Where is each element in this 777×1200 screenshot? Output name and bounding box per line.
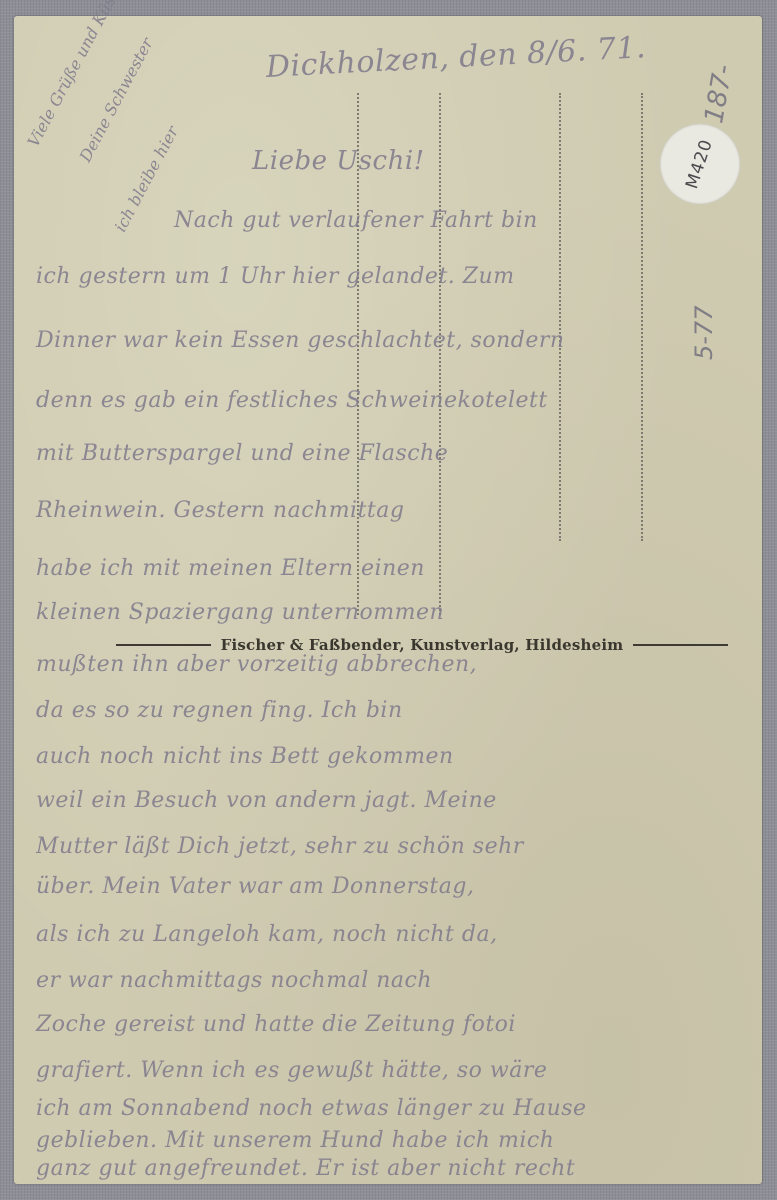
letter-line: Nach gut verlaufener Fahrt bin (174, 208, 538, 233)
letter-line: grafiert. Wenn ich es gewußt hätte, so w… (36, 1058, 547, 1083)
letter-line: Zoche gereist und hatte die Zeitung foto… (36, 1012, 516, 1037)
letter-line: denn es gab ein festliches Schweinekotel… (36, 388, 548, 413)
letter-line: weil ein Besuch von andern jagt. Meine (36, 788, 497, 813)
letter-line: ich am Sonnabend noch etwas länger zu Ha… (36, 1096, 587, 1121)
address-guide-line (439, 93, 441, 615)
letter-line: auch noch nicht ins Bett gekommen (36, 744, 454, 769)
salutation: Liebe Uschi! (252, 146, 425, 176)
imprint-rule-left (116, 644, 211, 646)
letter-line: mußten ihn aber vorzeitig abbrechen, (36, 652, 477, 677)
archive-sticker: M420 (660, 124, 740, 204)
letter-line: da es so zu regnen fing. Ich bin (36, 698, 403, 723)
letter-line: über. Mein Vater war am Donnerstag, (36, 874, 474, 899)
postcard-back: M420 187- 5-77 Viele Grüße und Küsse Dei… (14, 16, 762, 1184)
letter-line: mit Butterspargel und eine Flasche (36, 441, 448, 466)
pencil-margin-number: 5-77 (690, 306, 718, 360)
address-guide-line (559, 93, 561, 541)
letter-line: er war nachmittags nochmal nach (36, 968, 432, 993)
letter-line: kleinen Spaziergang unternommen (36, 600, 444, 625)
letter-line: ich gestern um 1 Uhr hier gelandet. Zum (36, 264, 515, 289)
pencil-archive-number: 187- (699, 62, 739, 125)
letter-line: als ich zu Langeloh kam, noch nicht da, (36, 922, 498, 947)
letter-line: Dinner war kein Essen geschlachtet, sond… (36, 328, 565, 353)
sticker-label: M420 (683, 137, 718, 192)
letter-line: Mutter läßt Dich jetzt, sehr zu schön se… (36, 834, 524, 859)
address-guide-line (641, 93, 643, 541)
letter-line: Rheinwein. Gestern nachmittag (36, 498, 404, 523)
letter-line: geblieben. Mit unserem Hund habe ich mic… (36, 1128, 554, 1153)
letter-line: ganz gut angefreundet. Er ist aber nicht… (36, 1156, 575, 1181)
letter-line: habe ich mit meinen Eltern einen (36, 556, 425, 581)
imprint-rule-right (633, 644, 728, 646)
place-date: Dickholzen, den 8/6. 71. (265, 30, 647, 85)
margin-note: ich bleibe hier (111, 123, 183, 235)
